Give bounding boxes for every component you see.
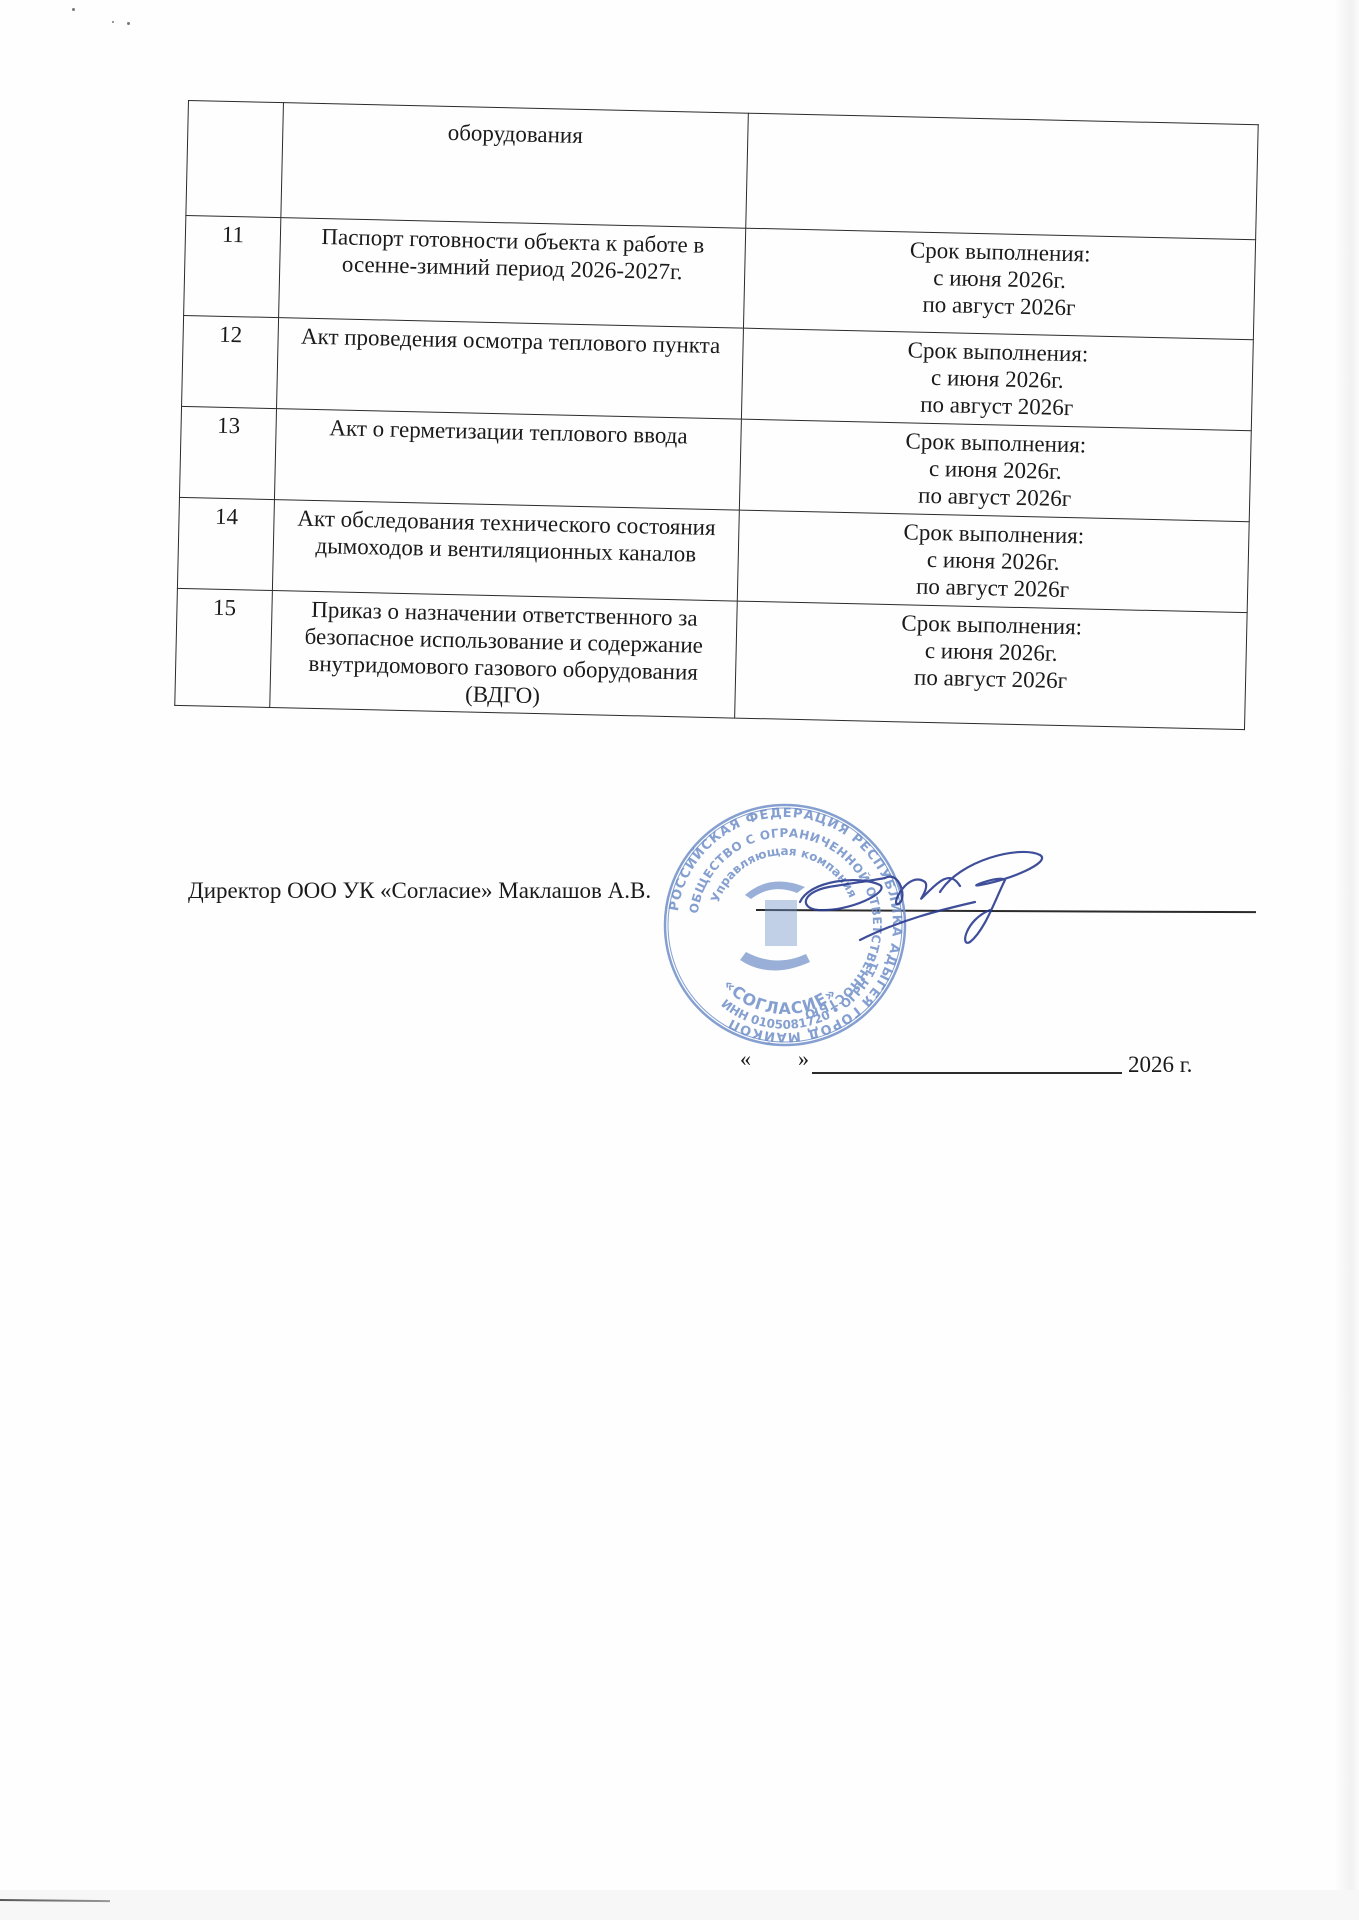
scan-speck (72, 8, 75, 11)
handwritten-signature (790, 840, 1060, 960)
row-name-cell: Паспорт готовности объекта к работе в ос… (279, 218, 746, 329)
date-line (812, 1072, 1122, 1074)
scan-edge-bottom (0, 1890, 1359, 1920)
row-name-cell: оборудования (281, 103, 748, 229)
row-term-cell: Срок выполнения:с июня 2026г.по август 2… (739, 419, 1251, 522)
row-number-cell: 11 (184, 215, 281, 317)
row-number-cell: 15 (175, 588, 273, 707)
row-name-cell: Акт обследования технического состояния … (272, 500, 739, 602)
table-row: 15Приказ о назначении ответственного за … (175, 588, 1247, 729)
document-page: оборудования 11Паспорт готовности объект… (0, 0, 1359, 1920)
row-name-cell: Акт о герметизации теплового ввода (274, 409, 741, 511)
row-name-cell: Акт проведения осмотра теплового пункта (277, 318, 744, 420)
row-term-cell: Срок выполнения:с июня 2026г.по август 2… (743, 228, 1255, 340)
requirements-table: оборудования 11Паспорт готовности объект… (174, 100, 1259, 730)
row-term-cell: Срок выполнения:с июня 2026г.по август 2… (735, 601, 1248, 730)
signature-icon (790, 840, 1060, 960)
row-term-cell (746, 113, 1258, 240)
row-number-cell: 13 (179, 406, 276, 499)
date-year: 2026 г. (1128, 1052, 1192, 1078)
scan-speck (112, 21, 114, 23)
row-name-text: оборудования (289, 107, 742, 152)
date-close-quote: » (798, 1046, 809, 1072)
row-name-cell: Приказ о назначении ответственного за бе… (270, 591, 738, 719)
row-number-cell: 12 (182, 315, 279, 408)
date-open-quote: « (740, 1046, 751, 1072)
signer-text: Директор ООО УК «Согласие» Маклашов А.В. (188, 878, 651, 904)
scan-edge-shadow (1335, 0, 1359, 1920)
row-number-cell: 14 (177, 497, 274, 590)
row-term-cell: Срок выполнения:с июня 2026г.по август 2… (741, 328, 1253, 431)
row-term-cell: Срок выполнения:с июня 2026г.по август 2… (737, 510, 1249, 613)
scan-speck (127, 22, 130, 25)
row-number-cell (186, 101, 284, 218)
